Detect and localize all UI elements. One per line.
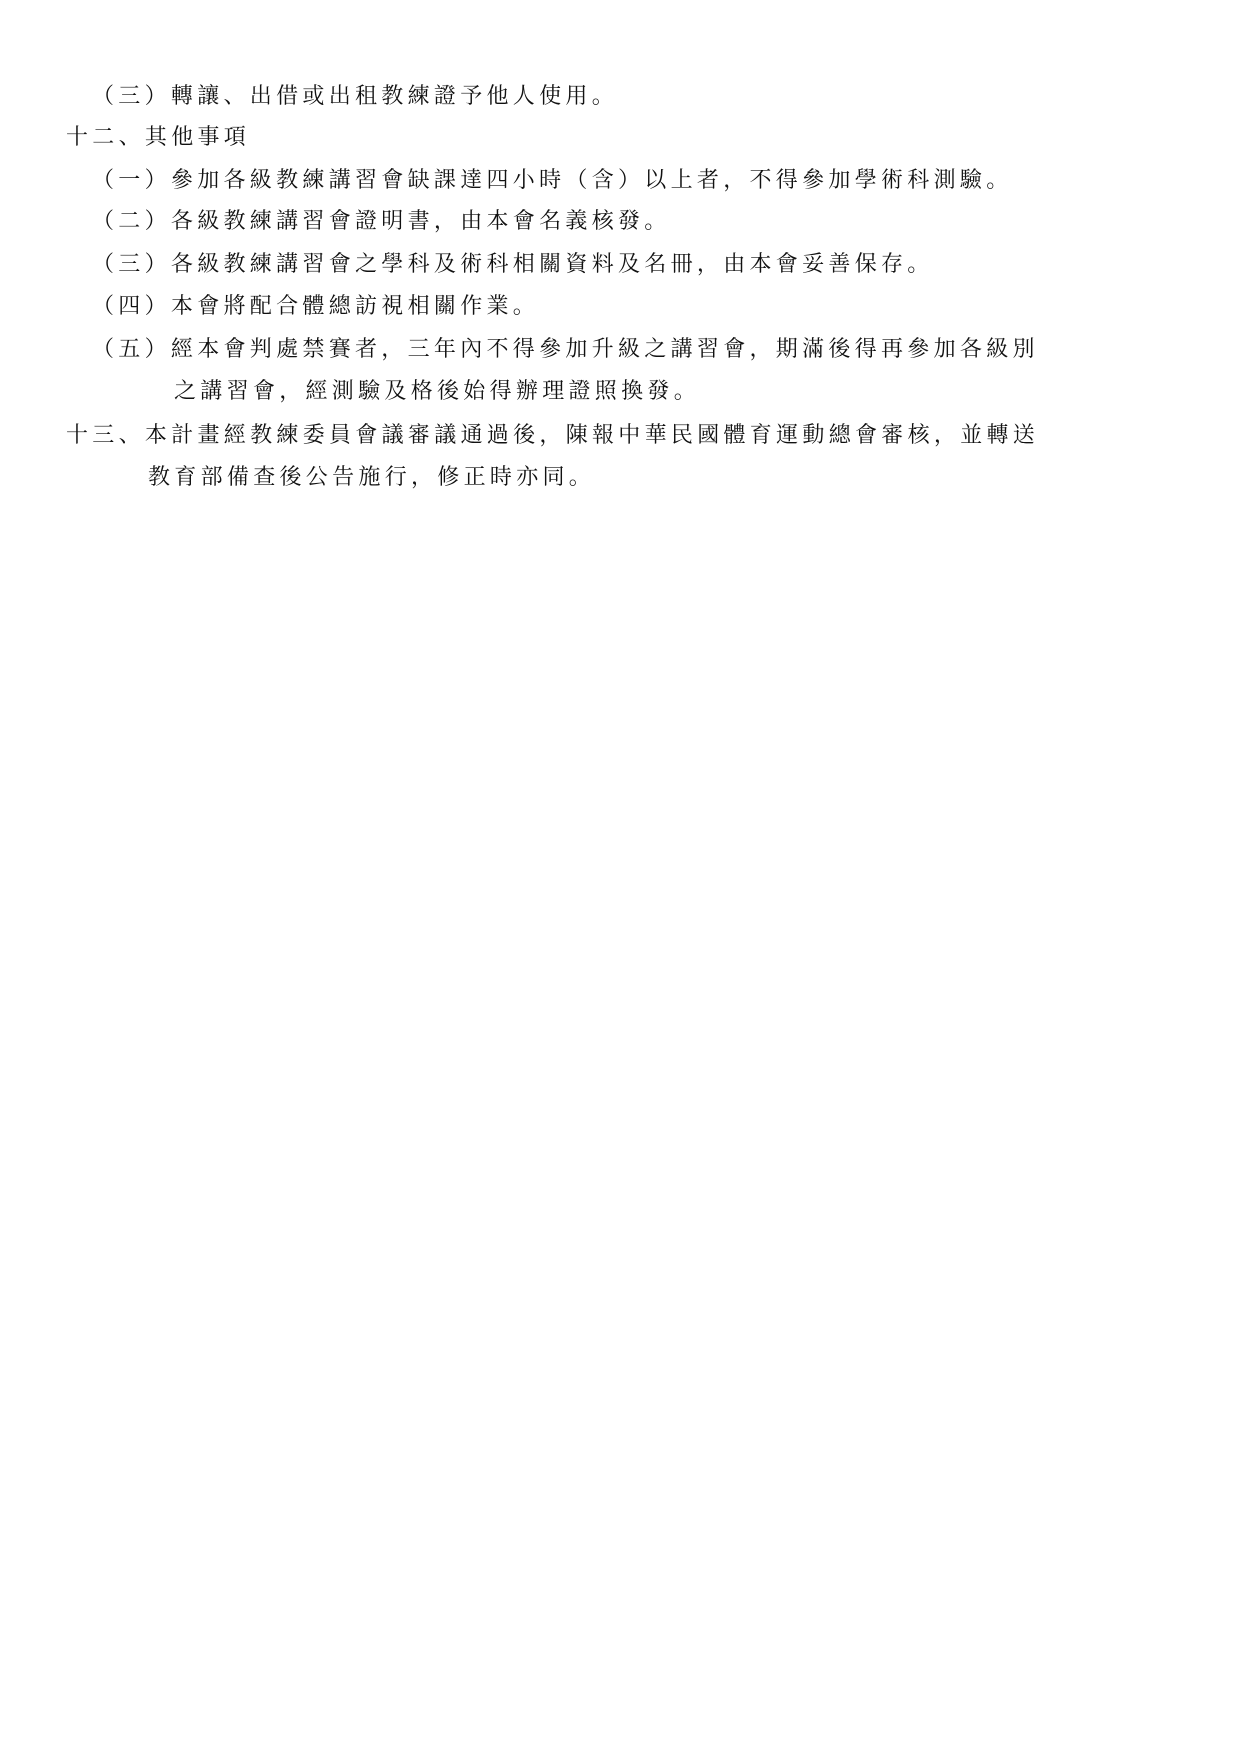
list-item-12-2: （二）各級教練講習會證明書，由本會名義核發。 — [92, 207, 671, 237]
list-item-12-1: （一）參加各級教練講習會缺課達四小時（含）以上者，不得參加學術科測驗。 — [92, 166, 1013, 196]
section-heading-12: 十二、其他事項 — [66, 123, 250, 153]
section-13-continuation: 教育部備查後公告施行，修正時亦同。 — [148, 463, 595, 493]
list-item-12-4: （四）本會將配合體總訪視相關作業。 — [92, 292, 539, 322]
list-item-12-5: （五）經本會判處禁賽者，三年內不得參加升級之講習會，期滿後得再參加各級別 — [92, 335, 1039, 365]
document-page: （三）轉讓、出借或出租教練證予他人使用。 十二、其他事項 （一）參加各級教練講習… — [0, 0, 1241, 1755]
list-item-11-3: （三）轉讓、出借或出租教練證予他人使用。 — [92, 82, 618, 112]
list-item-12-3: （三）各級教練講習會之學科及術科相關資料及名冊，由本會妥善保存。 — [92, 250, 934, 280]
section-13-paragraph: 十三、本計畫經教練委員會議審議通過後，陳報中華民國體育運動總會審核，並轉送 — [66, 421, 1039, 451]
list-item-12-5-continuation: 之講習會，經測驗及格後始得辦理證照換發。 — [174, 377, 700, 407]
